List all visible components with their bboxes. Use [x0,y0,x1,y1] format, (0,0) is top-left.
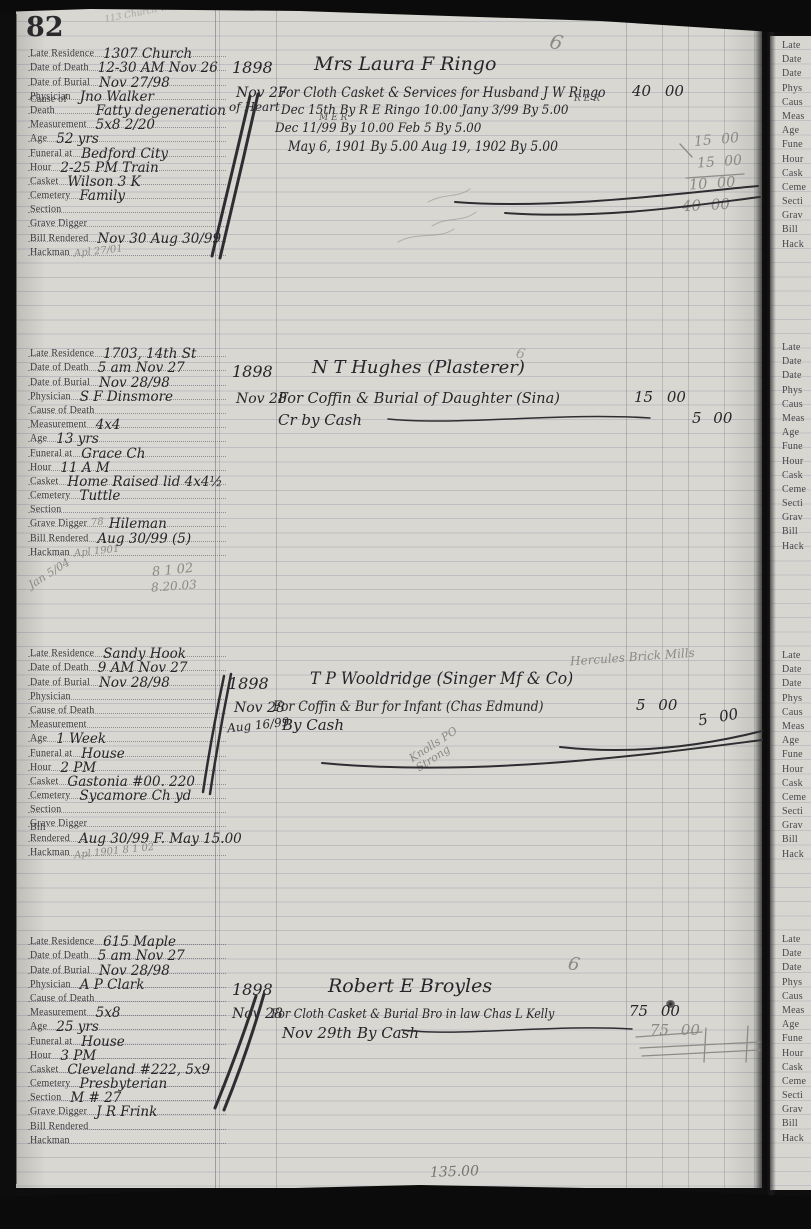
printed-field-column: Late Residence 1307 Church Date of Death… [16,45,246,258]
ledger-field-row: Late Residence 1307 Church [16,45,226,59]
field-value-handwritten: Tuttle [79,488,120,504]
right-page-field-label: Age [782,427,811,441]
right-page-field-label: Fune [782,749,811,763]
charge-description: For Cloth Casket & Burial Bro in law Cha… [271,1008,554,1021]
deceased-name: Robert E Broyles [328,977,492,996]
payment-superscript: M E R [319,114,347,123]
field-label: Late Residence [30,936,94,947]
charge-amount: 15 00 [634,390,686,405]
right-page-field-label: Secti [782,196,811,210]
ledger-field-row: Bill Rendered Aug 30/99 F. May 15.00 [16,829,226,843]
right-page-field-label: Hack [782,541,811,555]
field-value-handwritten: Sycamore Ch yd [79,788,191,804]
pencil-note: Jan 5/04 [27,557,72,591]
field-label: Physician [30,979,71,990]
ledger-field-row: Funeral at Bedford City [16,144,226,158]
field-label: Hour [30,462,51,473]
field-label: Casket [30,176,58,187]
right-page-field-label: Ceme [782,1076,811,1090]
margin-note: of Heart [229,101,280,113]
field-label: Grave Digger [30,218,87,229]
right-page-field-label: Bill [782,224,811,238]
right-page-field-label: Cask [782,470,811,484]
field-label: Casket [30,1064,58,1075]
field-label: Hour [30,162,51,173]
field-label: Bill Rendered [30,233,88,244]
pencil-amount: 15 00 [697,153,743,170]
right-page-field-label: Date [782,948,811,962]
ledger-field-row: Late Residence Sandy Hook [16,645,226,659]
pencil-amount-total: 40 00 [682,197,731,214]
right-page-field-label: Date [782,962,811,976]
ledger-right-page-edge: LateDateDatePhysCausMeasAgeFuneHourCaskC… [770,36,811,1190]
right-page-field-label: Caus [782,991,811,1005]
binding-notch [230,1191,266,1229]
field-label: Section [30,504,61,515]
pencil-note: 8.20.03 [151,578,198,593]
ledger-record-ringo: Late Residence 1307 Church Date of Death… [16,38,762,340]
field-label: Date of Burial [30,965,90,976]
entry-year: 1898 [232,982,273,998]
field-label: Hackman [30,547,70,558]
pencil-amount: 15 00 [693,131,739,149]
field-label: Hackman [30,847,70,858]
bottom-black-edge [0,1185,811,1229]
field-value-handwritten: J R Frink [96,1104,157,1120]
right-page-field-label: Late [782,40,811,54]
page-total-pencil: 135.00 [430,1163,480,1181]
right-page-field-label: Secti [782,1090,811,1104]
right-page-field-label: Date [782,68,811,82]
charge-amount: 40 00 [632,84,684,99]
right-page-field-label: Meas [782,413,811,427]
credit-line: Cr by Cash [278,413,362,428]
page-edge-stack [8,14,17,1184]
field-label: Late Residence [30,48,94,59]
right-page-field-label: Grav [782,210,811,224]
field-label: Age [30,733,47,744]
ledger-field-row: Cemetery Family [16,187,226,201]
right-page-field-label: Date [782,664,811,678]
credit-amount: 5 00 [692,411,732,426]
payment-line: May 6, 1901 By 5.00 Aug 19, 1902 By 5.00 [288,141,558,155]
field-value-handwritten: S F Dinsmore [80,389,173,405]
ledger-field-row: Age 25 yrs [16,1018,226,1032]
right-page-field-label: Fune [782,441,811,455]
ledger-field-row: Casket Home Raised lid 4x4½ [16,473,226,487]
ledger-field-row: Hackman [16,1132,226,1146]
right-page-field-label: Hack [782,1133,811,1147]
right-page-field-label: Cask [782,168,811,182]
field-label: Cause of Death [30,94,87,116]
field-label: Age [30,1021,47,1032]
field-label: Cause of Death [30,705,94,716]
right-page-field-label: Phys [782,385,811,399]
ledger-field-row: Casket Cleveland #222, 5x9 [16,1061,226,1075]
ledger-field-row: Age 13 yrs [16,430,226,444]
deceased-name: T P Wooldridge (Singer Mf & Co) [310,671,573,688]
right-page-field-label: Caus [782,707,811,721]
field-label: Date of Burial [30,77,90,88]
right-page-field-label: Hour [782,764,811,778]
field-label: Cause of Death [30,405,94,416]
funeral-ledger-scan: 82 113 Church wall Late Residence 1307 C… [0,0,811,1229]
right-page-field-label: Late [782,342,811,356]
field-label: Bill Rendered [30,822,70,844]
field-label: Funeral at [30,148,72,159]
field-label: Grave Digger [30,1106,87,1117]
field-label: Measurement [30,1007,87,1018]
right-page-label-group: LateDateDatePhysCausMeasAgeFuneHourCaskC… [782,342,811,555]
ledger-field-row: Measurement 5x8 [16,1004,226,1018]
right-page-field-label: Phys [782,977,811,991]
pencil-tick: 6 [548,31,565,53]
ink-blot [666,1000,675,1008]
field-label: Section [30,804,61,815]
printed-field-column: Late Residence 615 Maple Date of Death 5… [16,933,246,1146]
field-value-handwritten: Family [79,188,125,204]
field-label: Late Residence [30,348,94,359]
field-label: Funeral at [30,748,72,759]
top-pencil-note: 113 Church wall [104,8,180,25]
ledger-field-row: Cause of Death Fatty degeneration [16,102,226,116]
ledger-field-row: Date of Burial Nov 28/98 [16,373,226,387]
ledger-field-row: Grave Digger [16,215,226,229]
printed-field-column: Late Residence Sandy Hook Date of Death … [16,645,246,858]
right-page-field-label: Date [782,370,811,384]
ledger-record-wooldridge: Late Residence Sandy Hook Date of Death … [16,638,762,928]
right-page-field-label: Cask [782,778,811,792]
field-label: Hackman [30,1135,70,1146]
deceased-name: N T Hughes (Plasterer) [312,359,525,377]
pencil-note: 8 1 02 [151,562,193,579]
right-page-field-label: Ceme [782,792,811,806]
right-page-field-label: Ceme [782,182,811,196]
right-page-label-group: LateDateDatePhysCausMeasAgeFuneHourCaskC… [782,934,811,1147]
ledger-field-row: Bill Rendered Nov 30 Aug 30/99 [16,229,226,243]
right-page-field-label: Bill [782,1118,811,1132]
right-page-field-label: Date [782,54,811,68]
ledger-field-row: Grave Digger J R Frink [16,1103,226,1117]
right-page-field-label: Secti [782,498,811,512]
field-label: Cemetery [30,790,70,801]
ledger-field-row: Physician S F Dinsmore [16,388,226,402]
right-page-field-label: Bill [782,526,811,540]
right-page-field-label: Bill [782,834,811,848]
field-label: Physician [30,691,71,702]
field-label: Measurement [30,119,87,130]
right-page-field-label: Hour [782,1048,811,1062]
ledger-field-row: Hour 2-25 PM Train [16,159,226,173]
ledger-field-row: Date of Death 5 am Nov 27 [16,947,226,961]
right-page-field-label: Age [782,1019,811,1033]
field-label: Casket [30,476,58,487]
right-page-field-label: Date [782,356,811,370]
field-label: Casket [30,776,58,787]
field-label: Late Residence [30,648,94,659]
right-page-field-label: Fune [782,1033,811,1047]
ledger-field-row: Measurement 4x4 [16,416,226,430]
field-value-handwritten: 4x4 [96,417,121,433]
field-label: Cemetery [30,190,70,201]
right-page-field-label: Hour [782,154,811,168]
field-label: Date of Burial [30,677,90,688]
right-page-field-label: Secti [782,806,811,820]
credit-amount-pencil: 75 00 [650,1023,700,1038]
entry-year: 1898 [232,60,273,76]
right-page-field-label: Caus [782,399,811,413]
pencil-employer-note: Hercules Brick Mills [570,647,695,668]
field-label: Section [30,1092,61,1103]
right-page-field-label: Late [782,934,811,948]
field-label: Date of Burial [30,377,90,388]
field-label: Age [30,133,47,144]
right-page-field-label: Phys [782,83,811,97]
ledger-field-row: Funeral at House [16,744,226,758]
right-page-field-label: Age [782,735,811,749]
credit-amount: 5 00 [697,707,739,729]
credit-line: Nov 29th By Cash [282,1026,419,1041]
pencil-amount: 10 00 [689,175,736,193]
field-label: Date of Death [30,662,89,673]
field-label: Section [30,204,61,215]
field-label: Measurement [30,719,87,730]
ledger-field-row: Date of Burial Nov 28/98 [16,673,226,687]
field-label: Hour [30,1050,51,1061]
page-number: 82 [26,12,64,43]
right-page-field-label: Date [782,678,811,692]
right-page-field-label: Meas [782,1005,811,1019]
right-page-field-label: Hack [782,239,811,253]
right-page-field-label: Ceme [782,484,811,498]
ledger-field-row: Measurement [16,716,226,730]
field-label: Grave Digger [30,518,87,529]
right-page-field-label: Meas [782,721,811,735]
field-pencil-note: 78 [91,517,105,529]
ledger-record-broyles: Late Residence 615 Maple Date of Death 5… [16,926,762,1186]
right-page-field-label: Cask [782,1062,811,1076]
field-value-handwritten: 5x8 [96,1005,121,1021]
payment-superscript: R E R [574,95,600,104]
field-label: Date of Death [30,362,89,373]
right-page-field-label: Age [782,125,811,139]
field-label: Date of Death [30,950,89,961]
right-page-field-label: Hour [782,456,811,470]
field-label: Bill Rendered [30,533,88,544]
right-page-field-label: Grav [782,1104,811,1118]
entry-year: 1898 [228,676,269,692]
ledger-field-row: Late Residence 1703, 14th St [16,345,226,359]
right-page-field-label: Caus [782,97,811,111]
ledger-field-row: Late Residence 615 Maple [16,933,226,947]
ledger-record-hughes: Late Residence 1703, 14th St Date of Dea… [16,338,762,638]
ledger-field-row: Cause of Death [16,702,226,716]
right-page-field-label: Fune [782,139,811,153]
field-pencil-note: Apl 27/01 [73,243,123,259]
charge-amount: 5 00 [636,698,677,713]
charge-description: For Coffin & Burial of Daughter (Sina) [278,392,560,407]
ledger-field-row: Casket Gastonia #00. 220 [16,773,226,787]
right-page-field-label: Meas [782,111,811,125]
field-label: Cause of Death [30,993,94,1004]
field-label: Hour [30,762,51,773]
field-pencil-note: Apl 1901 [73,543,119,559]
ledger-field-row: Physician A P Clark [16,976,226,990]
ledger-field-row: Date of Death 9 AM Nov 27 [16,659,226,673]
right-page-label-group: LateDateDatePhysCausMeasAgeFuneHourCaskC… [782,40,811,253]
ledger-field-row: Section M # 27 [16,1089,226,1103]
entry-year: 1898 [232,364,273,380]
field-label: Funeral at [30,1036,72,1047]
field-value-handwritten: Aug 30/99 F. May 15.00 [79,831,242,847]
field-label: Funeral at [30,448,72,459]
right-page-field-label: Hack [782,849,811,863]
ledger-field-row: Grave Digger 78 Hileman [16,515,226,529]
field-label: Date of Death [30,62,89,73]
charge-description: For Coffin & Bur for Infant (Chas Edmund… [273,701,543,715]
field-label: Age [30,433,47,444]
field-label: Bill Rendered [30,1121,88,1132]
right-page-label-group: LateDateDatePhysCausMeasAgeFuneHourCaskC… [782,650,811,863]
payment-line: Dec 11/99 By 10.00 Feb 5 By 5.00 [275,122,481,135]
right-page-field-label: Late [782,650,811,664]
ledger-field-row: Date of Death 12-30 AM Nov 26 [16,59,226,73]
field-label: Hackman [30,247,70,258]
right-page-field-label: Grav [782,512,811,526]
ledger-field-row: Funeral at House [16,1032,226,1046]
ledger-left-page: 82 113 Church wall Late Residence 1307 C… [16,8,762,1188]
ledger-field-row: Date of Burial Nov 28/98 [16,961,226,975]
right-page-field-label: Phys [782,693,811,707]
ledger-field-row: Section [16,501,226,515]
credit-line: By Cash [282,718,344,733]
field-value-handwritten: A P Clark [80,977,145,993]
ledger-field-row: Bill Rendered Aug 30/99 (5) [16,529,226,543]
ledger-field-row: Funeral at Grace Ch [16,444,226,458]
field-value-handwritten: 5x8 2/20 [96,117,155,133]
field-label: Cemetery [30,490,70,501]
field-label: Physician [30,391,71,402]
ledger-field-row: Age 1 Week [16,730,226,744]
deceased-name: Mrs Laura F Ringo [314,55,496,74]
charge-description: For Cloth Casket & Services for Husband … [278,87,606,101]
pencil-tick: 6 [567,955,581,975]
book-gutter-shadow [754,0,776,1229]
printed-field-column: Late Residence 1703, 14th St Date of Dea… [16,345,246,558]
field-label: Cemetery [30,1078,70,1089]
field-label: Measurement [30,419,87,430]
ledger-field-row: Casket Wilson 3 K [16,173,226,187]
field-value-handwritten: Nov 28/98 [99,675,170,691]
right-page-field-label: Grav [782,820,811,834]
